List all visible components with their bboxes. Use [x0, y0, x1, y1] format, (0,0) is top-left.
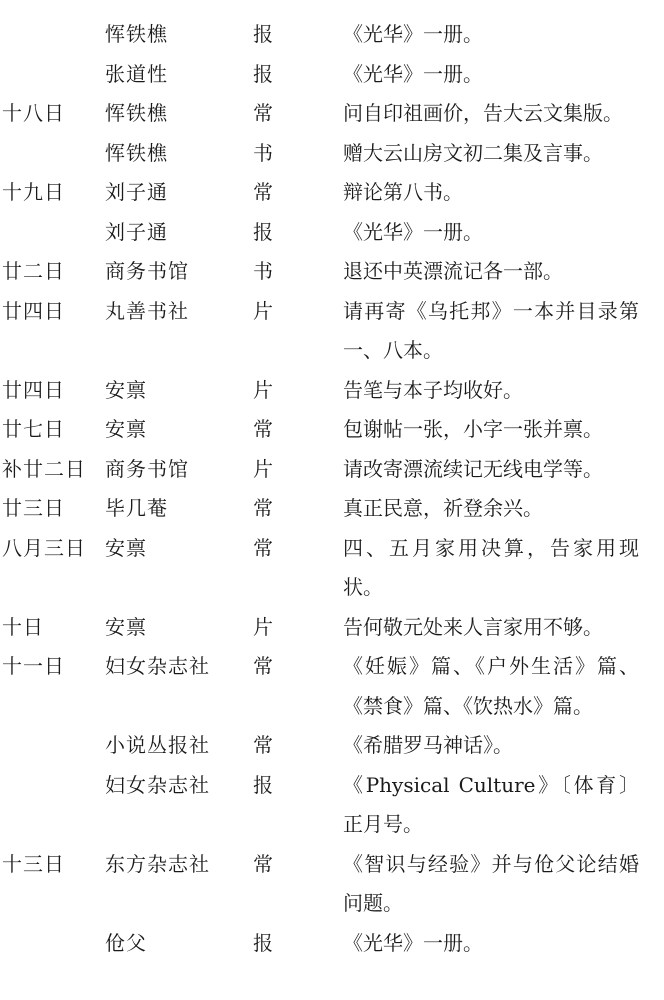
entry-correspondent: 安禀 — [105, 529, 253, 569]
entry-date: 十三日 — [0, 845, 105, 885]
log-entry: 十三日 东方杂志社 常 《智识与经验》并与伧父论结婚问题。 — [0, 845, 664, 924]
entry-correspondent: 东方杂志社 — [105, 845, 253, 885]
log-entry: 廿四日 丸善书社 片 请再寄《乌托邦》一本并目录第一、八本。 — [0, 292, 664, 371]
entry-content: 四、五月家用决算，告家用现状。 — [343, 529, 639, 608]
entry-type: 书 — [253, 252, 343, 292]
entry-content: 《Physical Culture》〔体育〕正月号。 — [343, 766, 639, 845]
entry-correspondent: 恽铁樵 — [105, 15, 253, 55]
entry-type: 常 — [253, 173, 343, 213]
entry-date: 补廿二日 — [0, 450, 105, 490]
entry-content: 包谢帖一张，小字一张并禀。 — [343, 410, 639, 450]
entry-correspondent: 毕几菴 — [105, 489, 253, 529]
log-entry: 恽铁樵 书 赠大云山房文初二集及言事。 — [0, 134, 664, 174]
entry-correspondent: 妇女杂志社 — [105, 766, 253, 806]
log-entry: 廿三日 毕几菴 常 真正民意，祈登余兴。 — [0, 489, 664, 529]
entry-content: 告何敬元处来人言家用不够。 — [343, 608, 639, 648]
correspondence-log-table: 恽铁樵 报 《光华》一册。 张道性 报 《光华》一册。 十八日 恽铁樵 常 问自… — [0, 15, 664, 963]
entry-correspondent: 安禀 — [105, 410, 253, 450]
entry-correspondent: 商务书馆 — [105, 450, 253, 490]
entry-date: 十八日 — [0, 94, 105, 134]
entry-date: 八月三日 — [0, 529, 105, 569]
entry-correspondent: 刘子通 — [105, 173, 253, 213]
entry-content: 《光华》一册。 — [343, 213, 639, 253]
log-entry: 廿四日 安禀 片 告笔与本子均收好。 — [0, 371, 664, 411]
entry-date: 廿七日 — [0, 410, 105, 450]
entry-date: 廿四日 — [0, 292, 105, 332]
entry-correspondent: 刘子通 — [105, 213, 253, 253]
entry-type: 常 — [253, 647, 343, 687]
entry-type: 报 — [253, 213, 343, 253]
entry-content: 《希腊罗马神话》。 — [343, 726, 639, 766]
entry-content: 请再寄《乌托邦》一本并目录第一、八本。 — [343, 292, 639, 371]
entry-date: 十九日 — [0, 173, 105, 213]
entry-type: 书 — [253, 134, 343, 174]
entry-content: 辩论第八书。 — [343, 173, 639, 213]
entry-correspondent: 张道性 — [105, 55, 253, 95]
entry-date: 廿二日 — [0, 252, 105, 292]
log-entry: 补廿二日 商务书馆 片 请改寄漂流续记无线电学等。 — [0, 450, 664, 490]
log-entry: 恽铁樵 报 《光华》一册。 — [0, 15, 664, 55]
entry-content: 请改寄漂流续记无线电学等。 — [343, 450, 639, 490]
entry-date: 廿四日 — [0, 371, 105, 411]
entry-type: 常 — [253, 529, 343, 569]
entry-content: 《光华》一册。 — [343, 15, 639, 55]
entry-correspondent: 安禀 — [105, 371, 253, 411]
log-entry: 张道性 报 《光华》一册。 — [0, 55, 664, 95]
entry-content: 《光华》一册。 — [343, 55, 639, 95]
entry-type: 常 — [253, 410, 343, 450]
entry-date: 十一日 — [0, 647, 105, 687]
entry-type: 片 — [253, 450, 343, 490]
entry-correspondent: 小说丛报社 — [105, 726, 253, 766]
entry-type: 报 — [253, 766, 343, 806]
entry-correspondent: 安禀 — [105, 608, 253, 648]
entry-content: 赠大云山房文初二集及言事。 — [343, 134, 639, 174]
entry-type: 常 — [253, 845, 343, 885]
entry-content: 真正民意，祈登余兴。 — [343, 489, 639, 529]
entry-date: 十日 — [0, 608, 105, 648]
entry-type: 片 — [253, 371, 343, 411]
log-entry: 十日 安禀 片 告何敬元处来人言家用不够。 — [0, 608, 664, 648]
log-entry: 刘子通 报 《光华》一册。 — [0, 213, 664, 253]
entry-correspondent: 商务书馆 — [105, 252, 253, 292]
log-entry: 伧父 报 《光华》一册。 — [0, 924, 664, 964]
log-entry: 八月三日 安禀 常 四、五月家用决算，告家用现状。 — [0, 529, 664, 608]
entry-type: 常 — [253, 489, 343, 529]
entry-type: 片 — [253, 608, 343, 648]
entry-content: 《光华》一册。 — [343, 924, 639, 964]
log-entry: 小说丛报社 常 《希腊罗马神话》。 — [0, 726, 664, 766]
entry-correspondent: 恽铁樵 — [105, 94, 253, 134]
entry-content: 退还中英漂流记各一部。 — [343, 252, 639, 292]
entry-content: 告笔与本子均收好。 — [343, 371, 639, 411]
entry-type: 报 — [253, 924, 343, 964]
log-entry: 廿二日 商务书馆 书 退还中英漂流记各一部。 — [0, 252, 664, 292]
entry-content: 《妊娠》篇、《户外生活》篇、《禁食》篇、《饮热水》篇。 — [343, 647, 639, 726]
entry-type: 常 — [253, 726, 343, 766]
entry-content: 《智识与经验》并与伧父论结婚问题。 — [343, 845, 639, 924]
entry-date: 廿三日 — [0, 489, 105, 529]
log-entry: 妇女杂志社 报 《Physical Culture》〔体育〕正月号。 — [0, 766, 664, 845]
entry-correspondent: 伧父 — [105, 924, 253, 964]
entry-type: 片 — [253, 292, 343, 332]
entry-type: 报 — [253, 15, 343, 55]
entry-correspondent: 恽铁樵 — [105, 134, 253, 174]
log-entry: 廿七日 安禀 常 包谢帖一张，小字一张并禀。 — [0, 410, 664, 450]
entry-type: 报 — [253, 55, 343, 95]
entry-correspondent: 妇女杂志社 — [105, 647, 253, 687]
log-entry: 十一日 妇女杂志社 常 《妊娠》篇、《户外生活》篇、《禁食》篇、《饮热水》篇。 — [0, 647, 664, 726]
entry-type: 常 — [253, 94, 343, 134]
entry-content: 问自印祖画价，告大云文集版。 — [343, 94, 639, 134]
entry-correspondent: 丸善书社 — [105, 292, 253, 332]
log-entry: 十九日 刘子通 常 辩论第八书。 — [0, 173, 664, 213]
log-entry: 十八日 恽铁樵 常 问自印祖画价，告大云文集版。 — [0, 94, 664, 134]
